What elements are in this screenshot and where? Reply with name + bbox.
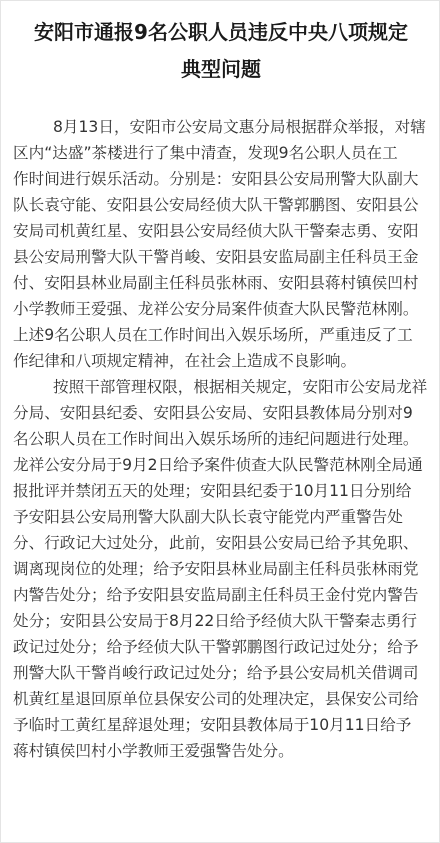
text-line: 作时间进行娱乐活动。分别是：安阳县公安局刑警大队副大 [13,166,431,192]
article-body: 8月13日，安阳市公安局文惠分局根据群众举报，对辖 区内“达盛”茶楼进行了集中清… [13,114,431,764]
text-line: 队长袁守能、安阳县公安局经侦大队干警郭鹏图、安阳县公 [13,192,431,218]
text-line: 处分；安阳县公安局于8月22日给予经侦大队干警秦志勇行 [13,608,431,634]
text-line: 刑警大队干警肖峻行政记过处分；给予县公安局机关借调司 [13,660,431,686]
text-line: 区内“达盛”茶楼进行了集中清查，发现9名公职人员在工 [13,140,431,166]
article-title-line-2: 典型问题 [1,56,440,82]
article-title-line-1: 安阳市通报9名公职人员违反中央八项规定 [1,19,440,45]
text-line: 机黄红星退回原单位县保安公司的处理决定，县保安公司给 [13,686,431,712]
paragraph-1: 8月13日，安阳市公安局文惠分局根据群众举报，对辖 区内“达盛”茶楼进行了集中清… [13,114,431,374]
text-line: 予安阳县公安局刑警大队副大队长袁守能党内严重警告处 [13,504,431,530]
text-line: 8月13日，安阳市公安局文惠分局根据群众举报，对辖 [13,114,431,140]
text-line: 内警告处分；给予安阳县安监局副主任科员王金付党内警告 [13,582,431,608]
text-line: 付、安阳县林业局副主任科员张林雨、安阳县蒋村镇侯凹村 [13,270,431,296]
text-line: 报批评并禁闭五天的处理；安阳县纪委于10月11日分别给 [13,478,431,504]
text-line: 龙祥公安分局于9月2日给予案件侦查大队民警范林刚全局通 [13,452,431,478]
text-line: 按照干部管理权限，根据相关规定，安阳市公安局龙祥 [13,374,431,400]
text-line: 作纪律和八项规定精神，在社会上造成不良影响。 [13,348,431,374]
text-line: 予临时工黄红星辞退处理；安阳县教体局于10月11日给予 [13,712,431,738]
paragraph-2: 按照干部管理权限，根据相关规定，安阳市公安局龙祥 分局、安阳县纪委、安阳县公安局… [13,374,431,764]
text-line: 调离现岗位的处理；给予安阳县林业局副主任科员张林雨党 [13,556,431,582]
text-line: 政记过处分；给予经侦大队干警郭鹏图行政记过处分；给予 [13,634,431,660]
text-line: 小学教师王爱强、龙祥公安分局案件侦查大队民警范林刚。 [13,296,431,322]
text-line: 分、行政记大过处分，此前，安阳县公安局已给予其免职、 [13,530,431,556]
article-page: 安阳市通报9名公职人员违反中央八项规定 典型问题 8月13日，安阳市公安局文惠分… [0,0,440,843]
text-line: 分局、安阳县纪委、安阳县公安局、安阳县教体局分别对9 [13,400,431,426]
text-line: 上述9名公职人员在工作时间出入娱乐场所，严重违反了工 [13,322,431,348]
text-line: 县公安局刑警大队干警肖峻、安阳县安监局副主任科员王金 [13,244,431,270]
text-line: 蒋村镇侯凹村小学教师王爱强警告处分。 [13,738,431,764]
text-line: 安局司机黄红星、安阳县公安局经侦大队干警秦志勇、安阳 [13,218,431,244]
text-line: 名公职人员在工作时间出入娱乐场所的违纪问题进行处理。 [13,426,431,452]
